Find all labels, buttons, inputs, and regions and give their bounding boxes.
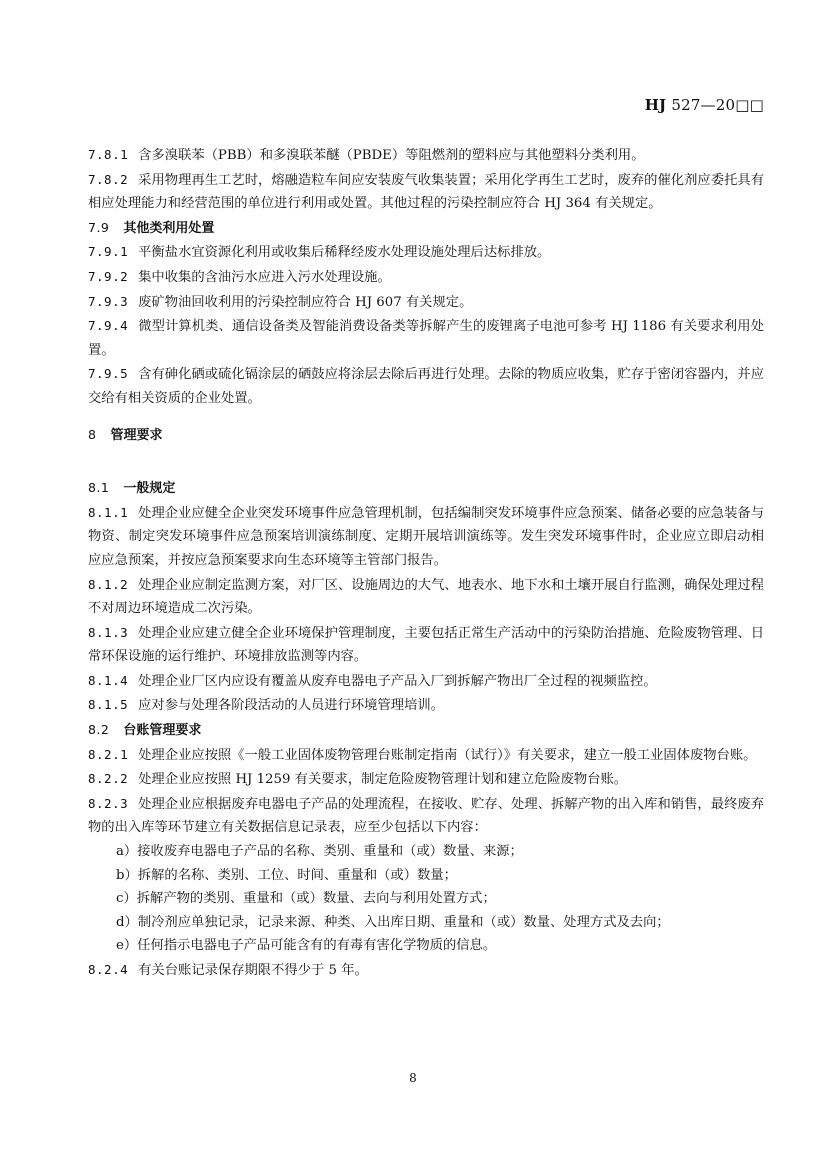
chapter-title: 管理要求 xyxy=(110,428,162,443)
clause-8-1-2: 8.1.2处理企业应制定监测方案，对厂区、设施周边的大气、地表水、地下水和土壤开… xyxy=(88,573,764,621)
clause-number: 8.1.4 xyxy=(88,673,128,688)
document-code-prefix: HJ xyxy=(645,96,667,114)
clause-text: 处理企业应制定监测方案，对厂区、设施周边的大气、地表水、地下水和土壤开展自行监测… xyxy=(88,578,764,617)
clause-number: 8.2.2 xyxy=(88,771,128,786)
clause-text: 采用物理再生工艺时，熔融造粒车间应安装废气收集装置；采用化学再生工艺时，废弃的催… xyxy=(88,173,764,212)
clause-8-2-3: 8.2.3处理企业应根据废弃电器电子产品的处理流程，在接收、贮存、处理、拆解产物… xyxy=(88,792,764,840)
clause-number: 7.8.2 xyxy=(88,172,128,187)
clause-8-1-3: 8.1.3处理企业应建立健全企业环境保护管理制度，主要包括正常生产活动中的污染防… xyxy=(88,621,764,669)
clause-8-2-2: 8.2.2处理企业应按照 HJ 1259 有关要求，制定危险废物管理计划和建立危… xyxy=(88,767,764,792)
section-number: 8.1 xyxy=(88,480,109,495)
clause-text: 微型计算机类、通信设备类及智能消费设备类等拆解产生的废锂离子电池可参考 HJ 1… xyxy=(88,319,764,358)
section-heading-7-9: 7.9其他类利用处置 xyxy=(88,216,764,241)
clause-text: 含多溴联苯（PBB）和多溴联苯醚（PBDE）等阻燃剂的塑料应与其他塑料分类利用。 xyxy=(138,148,644,163)
clause-8-1-4: 8.1.4处理企业厂区内应设有覆盖从废弃电器电子产品入厂到拆解产物出厂全过程的视… xyxy=(88,669,764,694)
clause-number: 7.9.2 xyxy=(88,269,128,284)
clause-text: 废矿物油回收利用的污染控制应符合 HJ 607 有关规定。 xyxy=(138,295,472,310)
clause-number: 7.9.4 xyxy=(88,318,128,333)
clause-text: 处理企业应健全企业突发环境事件应急管理机制，包括编制突发环境事件应急预案、储备必… xyxy=(88,506,764,568)
clause-text: 应对参与处理各阶段活动的人员进行环境管理培训。 xyxy=(138,698,444,713)
list-item-c: c）拆解产物的类别、重量和（或）数量、去向与利用处置方式； xyxy=(88,887,764,911)
clause-8-2-4: 8.2.4有关台账记录保存期限不得少于 5 年。 xyxy=(88,958,764,983)
clause-7-9-1: 7.9.1平衡盐水宜资源化利用或收集后稀释经废水处理设施处理后达标排放。 xyxy=(88,240,764,265)
clause-number: 8.1.2 xyxy=(88,577,128,592)
clause-number: 7.9.1 xyxy=(88,244,128,259)
clause-8-1-1: 8.1.1处理企业应健全企业突发环境事件应急管理机制，包括编制突发环境事件应急预… xyxy=(88,501,764,573)
clause-text: 有关台账记录保存期限不得少于 5 年。 xyxy=(138,963,368,978)
clause-text: 处理企业应根据废弃电器电子产品的处理流程，在接收、贮存、处理、拆解产物的出入库和… xyxy=(88,797,764,836)
clause-text: 含有砷化硒或硫化镉涂层的硒鼓应将涂层去除后再进行处理。去除的物质应收集，贮存于密… xyxy=(88,367,764,406)
section-number: 7.9 xyxy=(88,220,109,235)
clause-number: 7.9.3 xyxy=(88,294,128,309)
clause-7-9-4: 7.9.4微型计算机类、通信设备类及智能消费设备类等拆解产生的废锂离子电池可参考… xyxy=(88,314,764,362)
section-heading-8-1: 8.1一般规定 xyxy=(88,476,764,501)
list-item-a: a）接收废弃电器电子产品的名称、类别、重量和（或）数量、来源； xyxy=(88,840,764,864)
clause-number: 8.1.1 xyxy=(88,505,128,520)
section-title: 一般规定 xyxy=(123,481,175,496)
list-item-b: b）拆解的名称、类别、工位、时间、重量和（或）数量； xyxy=(88,864,764,888)
clause-text: 集中收集的含油污水应进入污水处理设施。 xyxy=(138,270,391,285)
clause-7-9-5: 7.9.5含有砷化硒或硫化镉涂层的硒鼓应将涂层去除后再进行处理。去除的物质应收集… xyxy=(88,362,764,410)
clause-number: 8.1.5 xyxy=(88,697,128,712)
clause-8-1-5: 8.1.5应对参与处理各阶段活动的人员进行环境管理培训。 xyxy=(88,693,764,718)
section-number: 8.2 xyxy=(88,722,109,737)
document-body: 7.8.1含多溴联苯（PBB）和多溴联苯醚（PBDE）等阻燃剂的塑料应与其他塑料… xyxy=(88,143,764,983)
clause-7-8-2: 7.8.2采用物理再生工艺时，熔融造粒车间应安装废气收集装置；采用化学再生工艺时… xyxy=(88,168,764,216)
clause-text: 处理企业厂区内应设有覆盖从废弃电器电子产品入厂到拆解产物出厂全过程的视频监控。 xyxy=(138,674,657,689)
clause-text: 平衡盐水宜资源化利用或收集后稀释经废水处理设施处理后达标排放。 xyxy=(138,245,550,260)
clause-text: 处理企业应按照 HJ 1259 有关要求，制定危险废物管理计划和建立危险废物台账… xyxy=(138,772,627,787)
clause-number: 8.2.3 xyxy=(88,796,128,811)
clause-text: 处理企业应建立健全企业环境保护管理制度，主要包括正常生产活动中的污染防治措施、危… xyxy=(88,626,764,665)
clause-7-8-1: 7.8.1含多溴联苯（PBB）和多溴联苯醚（PBDE）等阻燃剂的塑料应与其他塑料… xyxy=(88,143,764,168)
clause-number: 8.2.1 xyxy=(88,747,128,762)
clause-7-9-2: 7.9.2集中收集的含油污水应进入污水处理设施。 xyxy=(88,265,764,290)
clause-number: 8.1.3 xyxy=(88,625,128,640)
list-item-e: e）任何指示电器电子产品可能含有的有毒有害化学物质的信息。 xyxy=(88,934,764,958)
clause-7-9-3: 7.9.3废矿物油回收利用的污染控制应符合 HJ 607 有关规定。 xyxy=(88,290,764,315)
document-code: HJ 527—20□□ xyxy=(645,96,764,114)
list-item-d: d）制冷剂应单独记录，记录来源、种类、入出库日期、重量和（或）数量、处理方式及去… xyxy=(88,911,764,935)
clause-text: 处理企业应按照《一般工业固体废物管理台账制定指南（试行）》有关要求，建立一般工业… xyxy=(138,748,756,763)
clause-number: 7.9.5 xyxy=(88,366,128,381)
chapter-number: 8 xyxy=(88,427,96,442)
section-title: 其他类利用处置 xyxy=(123,221,214,236)
clause-number: 8.2.4 xyxy=(88,962,128,977)
document-code-number: 527—20□□ xyxy=(666,96,764,114)
section-heading-8-2: 8.2台账管理要求 xyxy=(88,718,764,743)
page-number: 8 xyxy=(0,1071,826,1085)
section-title: 台账管理要求 xyxy=(123,723,201,738)
clause-number: 7.8.1 xyxy=(88,147,128,162)
clause-8-2-1: 8.2.1处理企业应按照《一般工业固体废物管理台账制定指南（试行）》有关要求，建… xyxy=(88,743,764,768)
chapter-heading-8: 8管理要求 xyxy=(88,423,764,448)
